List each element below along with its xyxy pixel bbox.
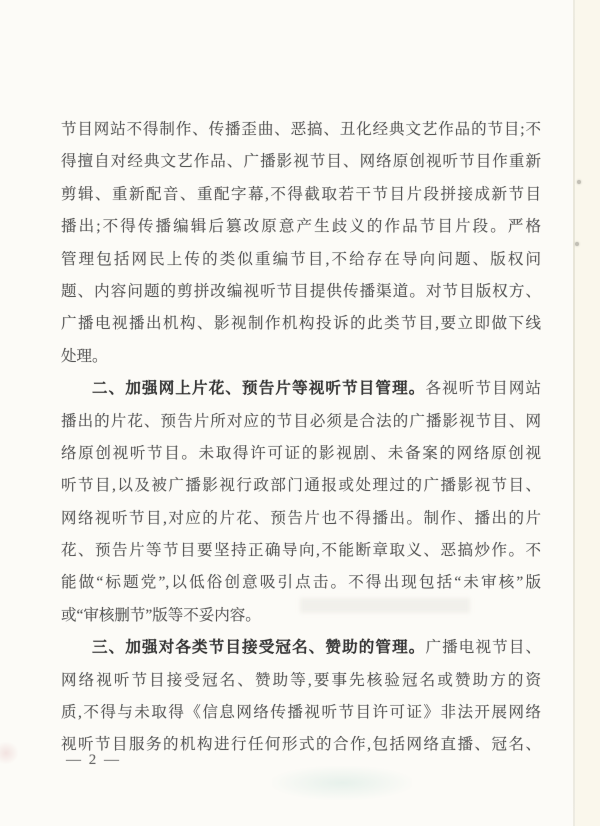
text-line: 三、加强对各类节目接受冠名、赞助的管理。广播电视节目、 xyxy=(61,632,541,664)
line-text: 或“审核删节”版等不妥内容。 xyxy=(61,607,261,624)
text-line: 得擅自对经典文艺作品、广播影视节目、网络原创视听节目作重新 xyxy=(61,146,541,178)
text-line: 节目网站不得制作、传播歪曲、恶搞、丑化经典文艺作品的节目;不 xyxy=(61,114,541,146)
line-text: 广播电视节目、 xyxy=(425,639,541,656)
section-heading: 三、加强对各类节目接受冠名、赞助的管理。 xyxy=(92,639,425,656)
text-line: 网络视听节目,对应的片花、预告片也不得播出。制作、播出的片 xyxy=(61,503,541,535)
text-line: 播出的片花、预告片所对应的节目必须是合法的广播影视节目、网 xyxy=(61,406,541,438)
text-line: 二、加强网上片花、预告片等视听节目管理。各视听节目网站 xyxy=(61,373,541,405)
text-line: 处理。 xyxy=(61,341,541,373)
line-text: 质,不得与未取得《信息网络传播视听节目许可证》非法开展网络 xyxy=(61,704,541,721)
scan-crease-line xyxy=(573,0,575,826)
scan-speck xyxy=(577,180,581,184)
paragraph-3: 三、加强对各类节目接受冠名、赞助的管理。广播电视节目、网络视听节目接受冠名、赞助… xyxy=(61,632,541,762)
text-line: 质,不得与未取得《信息网络传播视听节目许可证》非法开展网络 xyxy=(61,697,541,729)
line-text: 得擅自对经典文艺作品、广播影视节目、网络原创视听节目作重新 xyxy=(61,153,541,170)
line-text: 视听节目服务的机构进行任何形式的合作,包括网络直播、冠名、 xyxy=(61,736,541,753)
line-text: 网络视听节目接受冠名、赞助等,要事先核验冠名或赞助方的资 xyxy=(61,672,541,689)
line-text: 能做“标题党”,以低俗创意吸引点击。不得出现包括“未审核”版 xyxy=(61,574,541,591)
line-text: 节目网站不得制作、传播歪曲、恶搞、丑化经典文艺作品的节目;不 xyxy=(61,121,541,138)
line-text: 网络视听节目,对应的片花、预告片也不得播出。制作、播出的片 xyxy=(61,510,541,527)
text-line: 播出;不得传播编辑后篡改原意产生歧义的作品节目片段。严格 xyxy=(61,211,541,243)
body-text: 节目网站不得制作、传播歪曲、恶搞、丑化经典文艺作品的节目;不得擅自对经典文艺作品… xyxy=(61,114,541,762)
paragraph-2: 二、加强网上片花、预告片等视听节目管理。各视听节目网站播出的片花、预告片所对应的… xyxy=(61,373,541,632)
scan-smudge xyxy=(0,742,18,764)
line-text: 播出的片花、预告片所对应的节目必须是合法的广播影视节目、网 xyxy=(61,413,541,430)
text-line: 剪辑、重新配音、重配字幕,不得截取若干节目片段拼接成新节目 xyxy=(61,179,541,211)
line-text: 处理。 xyxy=(61,348,108,365)
text-line: 听节目,以及被广播影视行政部门通报或处理过的广播影视节目、 xyxy=(61,470,541,502)
scan-edge-strip xyxy=(575,0,600,826)
text-line: 题、内容问题的剪拼改编视听节目提供传播渠道。对节目版权方、 xyxy=(61,276,541,308)
text-line: 花、预告片等节目要坚持正确导向,不能断章取义、恶搞炒作。不 xyxy=(61,535,541,567)
line-text: 各视听节目网站 xyxy=(425,380,541,397)
text-line: 视听节目服务的机构进行任何形式的合作,包括网络直播、冠名、 xyxy=(61,729,541,761)
text-line: 能做“标题党”,以低俗创意吸引点击。不得出现包括“未审核”版 xyxy=(61,567,541,599)
text-line: 网络视听节目接受冠名、赞助等,要事先核验冠名或赞助方的资 xyxy=(61,665,541,697)
line-text: 络原创视听节目。未取得许可证的影视剧、未备案的网络原创视 xyxy=(61,445,541,462)
line-text: 听节目,以及被广播影视行政部门通报或处理过的广播影视节目、 xyxy=(61,477,541,494)
scan-smudge xyxy=(272,766,412,800)
line-text: 播出;不得传播编辑后篡改原意产生歧义的作品节目片段。严格 xyxy=(61,218,541,235)
section-heading: 二、加强网上片花、预告片等视听节目管理。 xyxy=(92,380,425,397)
line-text: 广播电视播出机构、影视制作机构投诉的此类节目,要立即做下线 xyxy=(61,315,541,332)
line-text: 管理包括网民上传的类似重编节目,不给存在导向问题、版权问 xyxy=(61,251,541,268)
text-line: 广播电视播出机构、影视制作机构投诉的此类节目,要立即做下线 xyxy=(61,308,541,340)
line-text: 花、预告片等节目要坚持正确导向,不能断章取义、恶搞炒作。不 xyxy=(61,542,541,559)
scan-speck xyxy=(575,242,579,246)
paragraph-1: 节目网站不得制作、传播歪曲、恶搞、丑化经典文艺作品的节目;不得擅自对经典文艺作品… xyxy=(61,114,541,373)
page-number: — 2 — xyxy=(66,751,121,769)
line-text: 剪辑、重新配音、重配字幕,不得截取若干节目片段拼接成新节目 xyxy=(61,186,541,203)
line-text: 题、内容问题的剪拼改编视听节目提供传播渠道。对节目版权方、 xyxy=(61,283,541,300)
text-line: 或“审核删节”版等不妥内容。 xyxy=(61,600,541,632)
scanned-document-page: 节目网站不得制作、传播歪曲、恶搞、丑化经典文艺作品的节目;不得擅自对经典文艺作品… xyxy=(0,0,600,826)
text-line: 管理包括网民上传的类似重编节目,不给存在导向问题、版权问 xyxy=(61,244,541,276)
text-line: 络原创视听节目。未取得许可证的影视剧、未备案的网络原创视 xyxy=(61,438,541,470)
